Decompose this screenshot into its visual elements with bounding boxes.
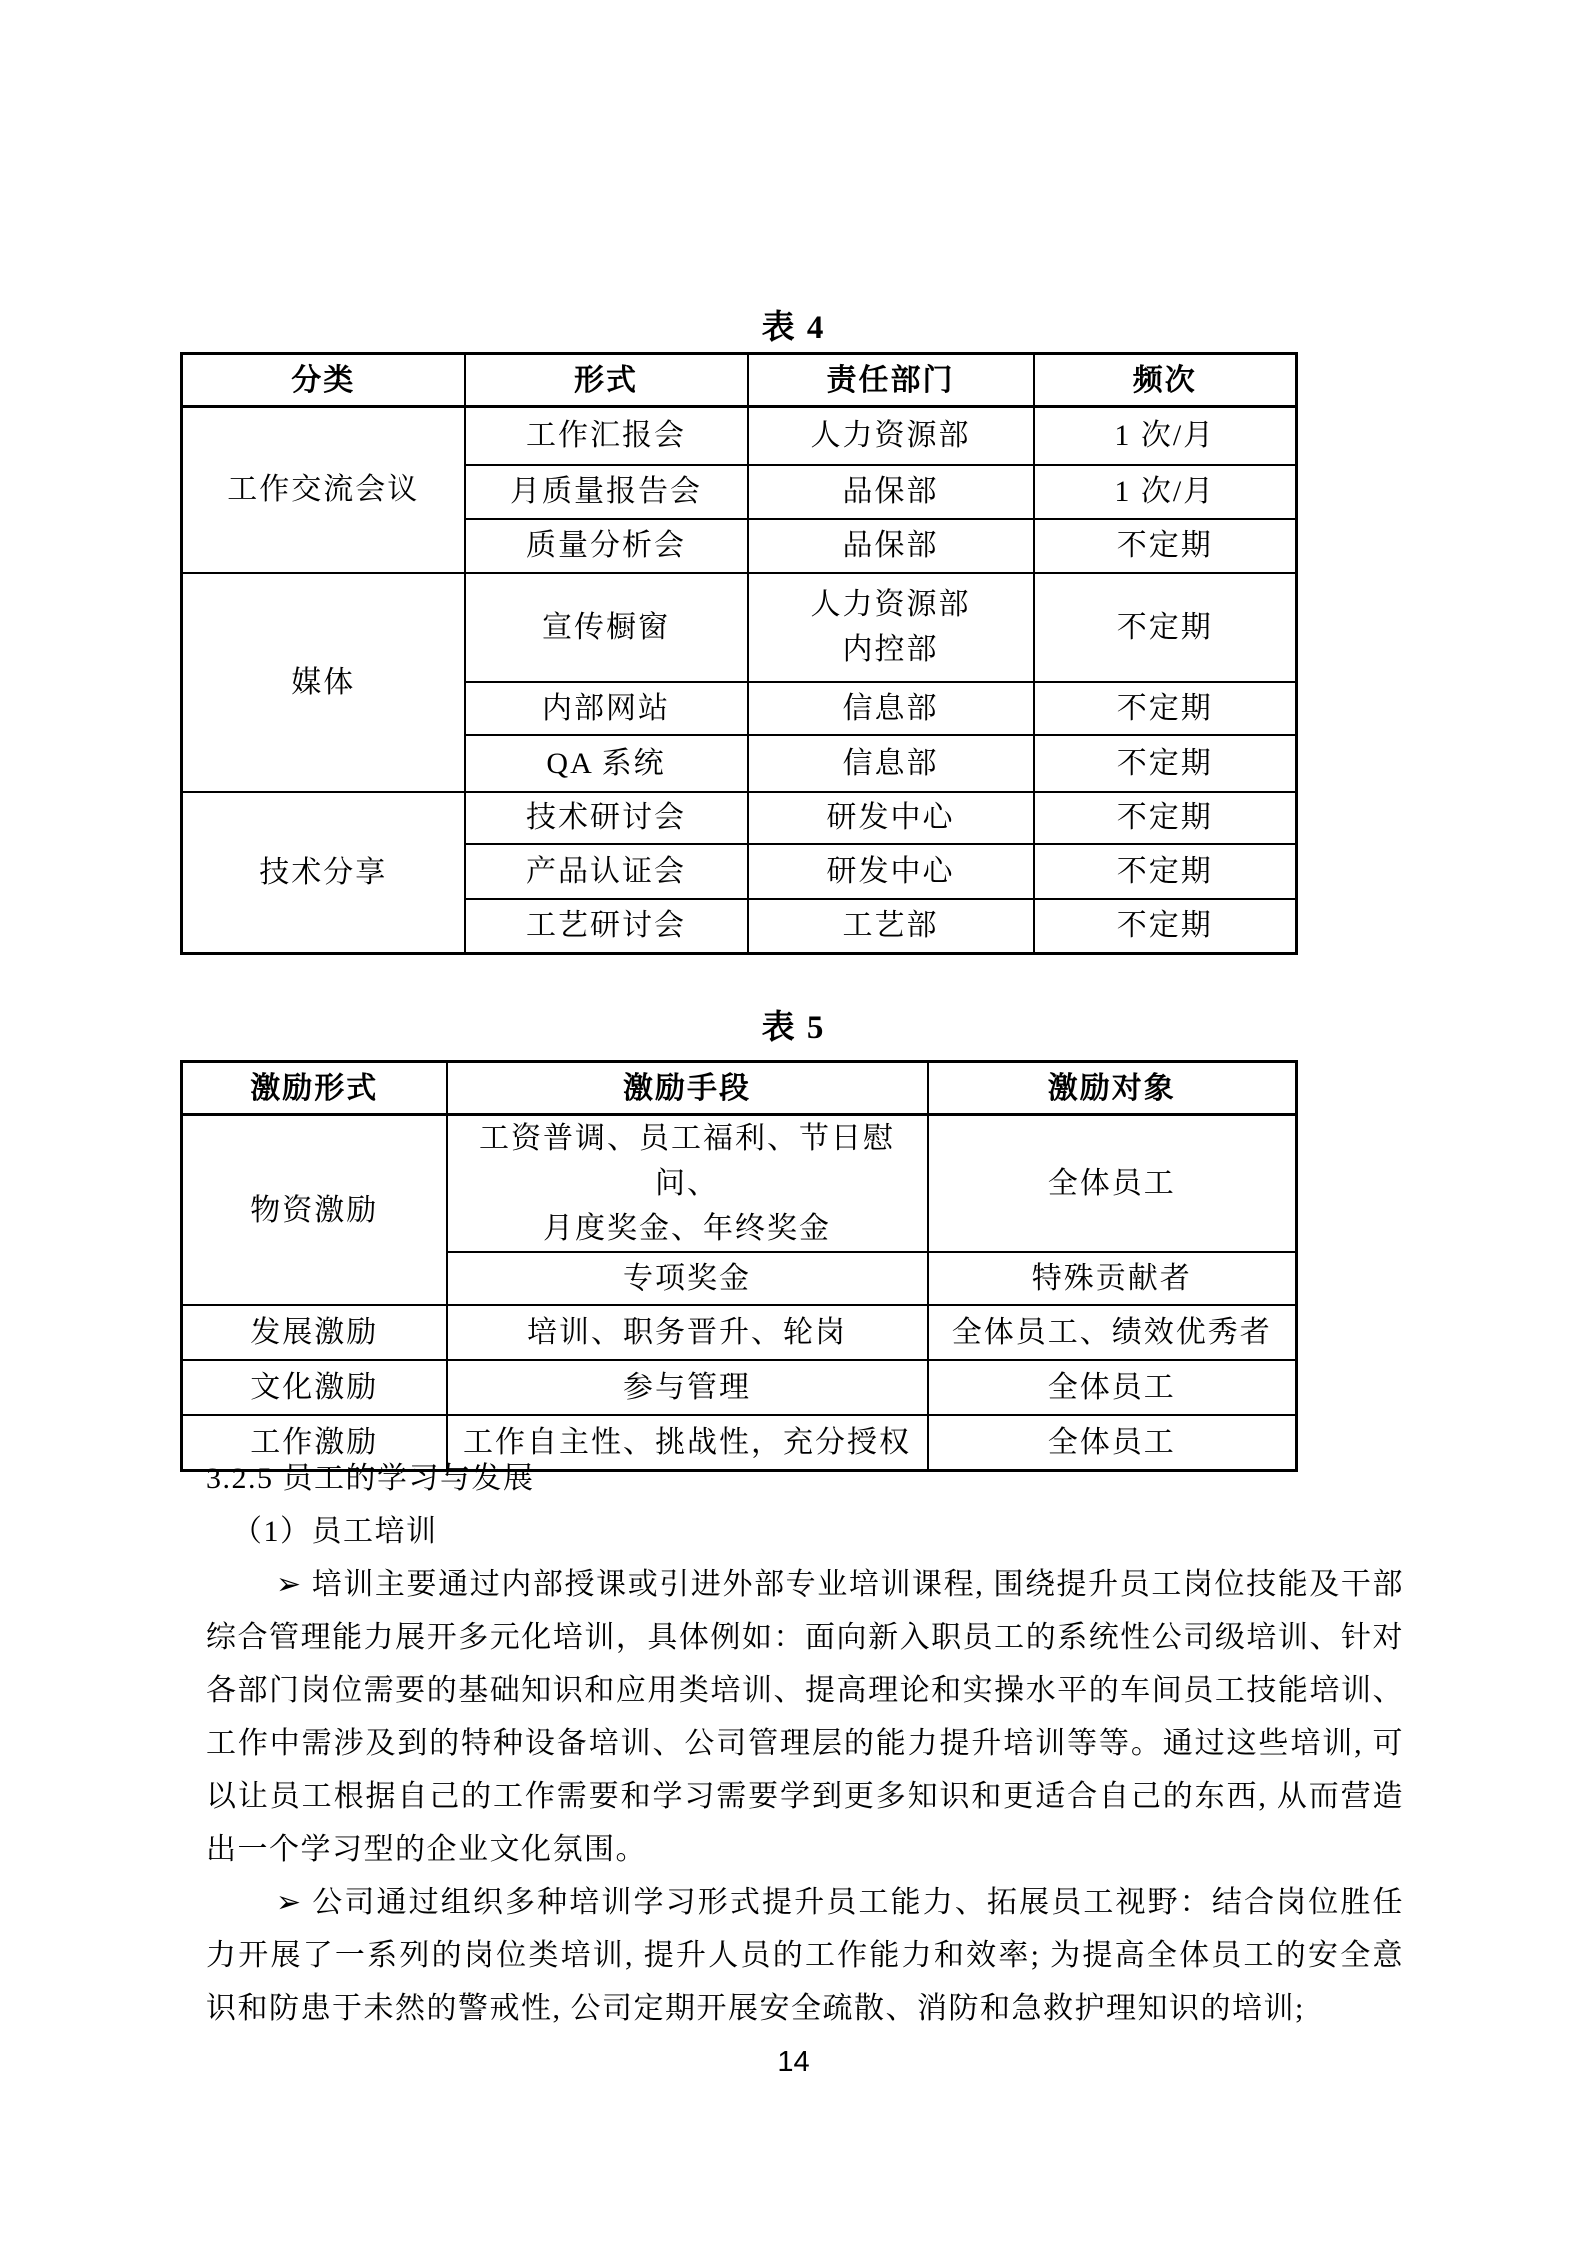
table-row: 物资激励工资普调、员工福利、节日慰问、月度奖金、年终奖金全体员工 bbox=[182, 1115, 1297, 1253]
table-row: 媒体宣传橱窗人力资源部内控部不定期 bbox=[182, 573, 1297, 682]
table-cell: 产品认证会 bbox=[465, 844, 748, 899]
table-row: 工作交流会议工作汇报会人力资源部1 次/月 bbox=[182, 407, 1297, 465]
table-cell: 不定期 bbox=[1034, 844, 1297, 899]
table-row: 技术分享技术研讨会研发中心不定期 bbox=[182, 792, 1297, 844]
column-header: 分类 bbox=[182, 354, 465, 407]
table-cell: 内部网站 bbox=[465, 682, 748, 735]
table-cell: 工资普调、员工福利、节日慰问、月度奖金、年终奖金 bbox=[447, 1115, 928, 1253]
table-header-row: 激励形式激励手段激励对象 bbox=[182, 1062, 1297, 1115]
table-cell: 工作交流会议 bbox=[182, 407, 465, 573]
table-cell: 品保部 bbox=[748, 465, 1034, 519]
table-cell: 不定期 bbox=[1034, 735, 1297, 792]
table-cell: 人力资源部内控部 bbox=[748, 573, 1034, 682]
table-cell: 媒体 bbox=[182, 573, 465, 792]
column-header: 激励对象 bbox=[928, 1062, 1297, 1115]
column-header: 频次 bbox=[1034, 354, 1297, 407]
table-cell: 文化激励 bbox=[182, 1360, 447, 1415]
table5-title: 表 5 bbox=[0, 1008, 1587, 1048]
body-text: 3.2.5 员工的学习与发展 （1）员工培训 ➢ 培训主要通过内部授课或引进外部… bbox=[206, 1452, 1404, 2035]
table-cell: 参与管理 bbox=[447, 1360, 928, 1415]
table-cell: 质量分析会 bbox=[465, 519, 748, 573]
paragraph-employee-training: ➢ 培训主要通过内部授课或引进外部专业培训课程, 围绕提升员工岗位技能及干部综合… bbox=[206, 1558, 1404, 1876]
table-cell: 不定期 bbox=[1034, 899, 1297, 954]
table-cell: 全体员工 bbox=[928, 1115, 1297, 1253]
table-cell: 不定期 bbox=[1034, 682, 1297, 735]
table-row: 发展激励培训、职务晋升、轮岗全体员工、绩效优秀者 bbox=[182, 1305, 1297, 1360]
section-heading: 3.2.5 员工的学习与发展 bbox=[206, 1452, 1404, 1505]
table4-title: 表 4 bbox=[0, 308, 1587, 348]
document-page: 表 4 分类形式责任部门频次工作交流会议工作汇报会人力资源部1 次/月月质量报告… bbox=[0, 0, 1587, 2245]
table-cell: 不定期 bbox=[1034, 519, 1297, 573]
table-row: 文化激励参与管理全体员工 bbox=[182, 1360, 1297, 1415]
table-cell: 研发中心 bbox=[748, 844, 1034, 899]
table-cell: 1 次/月 bbox=[1034, 465, 1297, 519]
subsection-heading: （1）员工培训 bbox=[206, 1505, 1404, 1558]
table-cell: 宣传橱窗 bbox=[465, 573, 748, 682]
table-cell: 全体员工 bbox=[928, 1360, 1297, 1415]
table-cell: 全体员工、绩效优秀者 bbox=[928, 1305, 1297, 1360]
table-cell: 研发中心 bbox=[748, 792, 1034, 844]
table-cell: 工艺部 bbox=[748, 899, 1034, 954]
cell-line: 工资普调、员工福利、节日慰问、 bbox=[452, 1116, 923, 1206]
table-cell: 专项奖金 bbox=[447, 1252, 928, 1305]
cell-line: 人力资源部 bbox=[753, 582, 1029, 627]
column-header: 责任部门 bbox=[748, 354, 1034, 407]
table-cell: 品保部 bbox=[748, 519, 1034, 573]
table-cell: 工作汇报会 bbox=[465, 407, 748, 465]
paragraph-training-forms: ➢ 公司通过组织多种培训学习形式提升员工能力、拓展员工视野：结合岗位胜任力开展了… bbox=[206, 1876, 1404, 2035]
table-cell: 物资激励 bbox=[182, 1115, 447, 1306]
table-cell: 技术分享 bbox=[182, 792, 465, 954]
table-cell: 不定期 bbox=[1034, 792, 1297, 844]
table-cell: 1 次/月 bbox=[1034, 407, 1297, 465]
table-cell: 工艺研讨会 bbox=[465, 899, 748, 954]
table-cell: 信息部 bbox=[748, 682, 1034, 735]
table4-meetings-media-sharing: 分类形式责任部门频次工作交流会议工作汇报会人力资源部1 次/月月质量报告会品保部… bbox=[180, 352, 1298, 955]
column-header: 激励形式 bbox=[182, 1062, 447, 1115]
column-header: 形式 bbox=[465, 354, 748, 407]
page-number: 14 bbox=[0, 2046, 1587, 2079]
table-cell: 培训、职务晋升、轮岗 bbox=[447, 1305, 928, 1360]
table-cell: 特殊贡献者 bbox=[928, 1252, 1297, 1305]
table5-incentives: 激励形式激励手段激励对象物资激励工资普调、员工福利、节日慰问、月度奖金、年终奖金… bbox=[180, 1060, 1298, 1472]
table-cell: 发展激励 bbox=[182, 1305, 447, 1360]
table-cell: 技术研讨会 bbox=[465, 792, 748, 844]
table-cell: QA 系统 bbox=[465, 735, 748, 792]
cell-line: 月度奖金、年终奖金 bbox=[452, 1206, 923, 1251]
table-cell: 不定期 bbox=[1034, 573, 1297, 682]
table-cell: 月质量报告会 bbox=[465, 465, 748, 519]
column-header: 激励手段 bbox=[447, 1062, 928, 1115]
cell-line: 内控部 bbox=[753, 627, 1029, 672]
table-header-row: 分类形式责任部门频次 bbox=[182, 354, 1297, 407]
table-cell: 人力资源部 bbox=[748, 407, 1034, 465]
table-cell: 信息部 bbox=[748, 735, 1034, 792]
